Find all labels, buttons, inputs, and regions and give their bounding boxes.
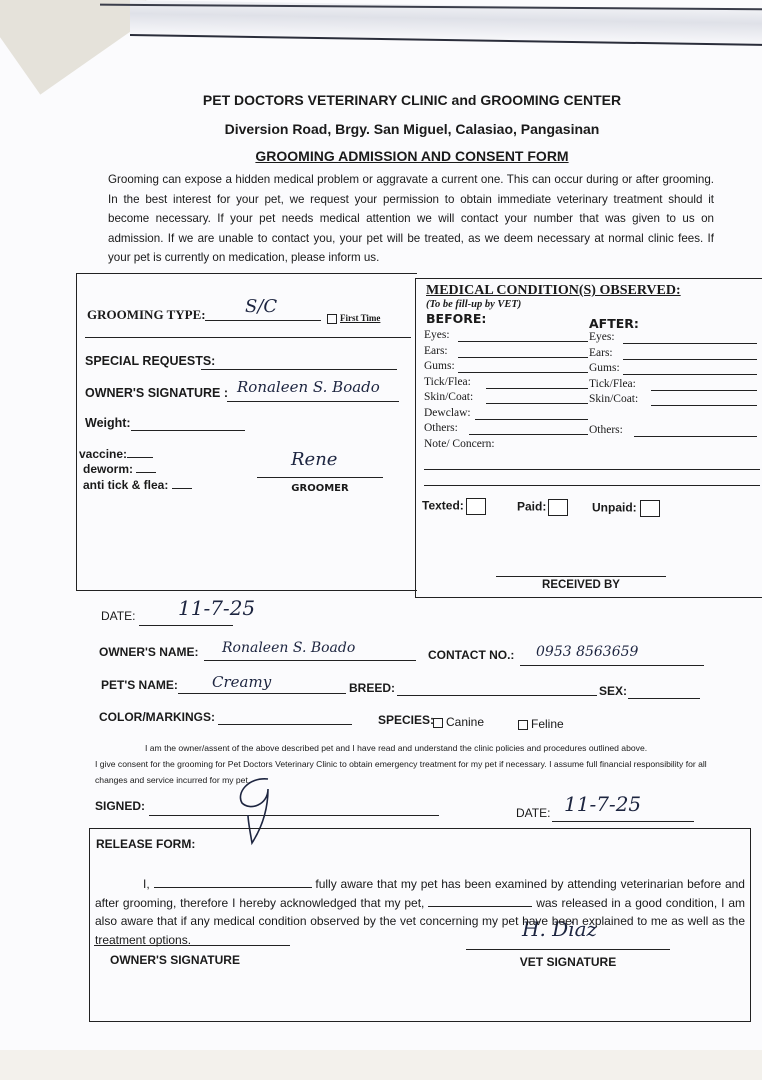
before-label: BEFORE: (426, 311, 486, 326)
after-field-label: Eyes: (589, 331, 615, 343)
sex-field[interactable] (628, 698, 700, 699)
intro-paragraph: Grooming can expose a hidden medical pro… (108, 170, 714, 268)
scanned-form-page: PET DOCTORS VETERINARY CLINIC and GROOMI… (0, 0, 762, 1080)
consent-paragraph-2: I give consent for the grooming for Pet … (95, 756, 710, 788)
received-by-label: RECEIVED BY (496, 579, 666, 591)
release-statement: I, fully aware that my pet has been exam… (95, 875, 745, 949)
special-requests-label: SPECIAL REQUESTS: (85, 354, 215, 368)
groomer-signature-line[interactable] (257, 477, 383, 478)
first-time-checkbox[interactable] (327, 314, 337, 324)
canine-checkbox[interactable] (433, 718, 443, 728)
before-field-input[interactable] (486, 388, 588, 389)
anti-tick-flea-label: anti tick & flea: (83, 478, 192, 492)
received-by-line[interactable] (496, 576, 666, 577)
vet-signature-label: VET SIGNATURE (466, 955, 670, 969)
special-requests-field[interactable] (201, 369, 397, 370)
unpaid-checkbox[interactable] (640, 500, 660, 517)
after-field-label: Ears: (589, 347, 613, 359)
date-label: DATE: (101, 609, 135, 623)
release-form-title: RELEASE FORM: (96, 837, 195, 851)
paid-option[interactable]: Paid: (517, 499, 568, 516)
after-field-input[interactable] (651, 405, 757, 406)
pet-name-value: Creamy (212, 673, 271, 691)
species-label: SPECIES: (378, 713, 434, 727)
feline-checkbox[interactable] (518, 720, 528, 730)
weight-label: Weight: (85, 416, 131, 430)
before-field-input[interactable] (458, 372, 588, 373)
breed-field[interactable] (397, 695, 597, 696)
after-label: AFTER: (589, 316, 639, 331)
after-field-input[interactable] (623, 359, 757, 360)
release-pet-name-field[interactable] (428, 906, 532, 907)
note-concern-label: Note/ Concern: (424, 438, 495, 450)
after-field-input[interactable] (623, 374, 757, 375)
groomer-label: GROOMER (257, 483, 383, 494)
vaccine-label: vaccine: (79, 447, 153, 461)
owner-name-field[interactable] (204, 660, 416, 661)
before-field-label: Others: (424, 422, 458, 434)
after-field-input[interactable] (634, 436, 757, 437)
grooming-type-label: GROOMING TYPE: (87, 307, 206, 323)
signed-label: SIGNED: (95, 799, 145, 813)
color-markings-field[interactable] (218, 724, 352, 725)
grooming-type-field[interactable] (205, 320, 321, 321)
contact-label: CONTACT NO.: (428, 648, 514, 662)
vaccine-field[interactable] (127, 457, 153, 458)
consent-paragraph-1: I am the owner/assent of the above descr… (95, 740, 710, 756)
contact-field[interactable] (520, 665, 704, 666)
deworm-field[interactable] (136, 472, 156, 473)
after-field-label: Skin/Coat: (589, 393, 638, 405)
color-markings-label: COLOR/MARKINGS: (99, 710, 215, 724)
weight-field[interactable] (131, 430, 245, 431)
release-owner-signature-label: OWNER'S SIGNATURE (110, 953, 240, 967)
anti-tick-flea-field[interactable] (172, 488, 192, 489)
page-fold-bottom (0, 1050, 762, 1080)
pet-name-field[interactable] (178, 693, 346, 694)
texted-checkbox[interactable] (466, 498, 486, 515)
before-field-input[interactable] (486, 403, 588, 404)
before-field-label: Tick/Flea: (424, 376, 471, 388)
first-time-label: First Time (340, 313, 380, 323)
before-field-label: Ears: (424, 345, 448, 357)
after-field-label: Tick/Flea: (589, 378, 636, 390)
signed-field[interactable] (149, 815, 439, 816)
after-field-label: Others: (589, 424, 623, 436)
species-feline-option[interactable]: Feline (518, 717, 564, 731)
first-time-option[interactable]: First Time (327, 313, 380, 324)
medical-condition-title: MEDICAL CONDITION(S) OBSERVED: (426, 283, 681, 299)
before-field-label: Skin/Coat: (424, 391, 473, 403)
texted-option[interactable]: Texted: (422, 498, 486, 515)
date-value: 11-7-25 (178, 596, 255, 620)
after-field-input[interactable] (623, 343, 757, 344)
before-field-label: Eyes: (424, 329, 450, 341)
owner-signature-label: OWNER'S SIGNATURE : (85, 386, 228, 400)
before-field-label: Gums: (424, 360, 455, 372)
owner-signature-value: Ronaleen S. Boado (237, 378, 380, 396)
unpaid-option[interactable]: Unpaid: (592, 500, 660, 517)
species-canine-option[interactable]: Canine (433, 715, 484, 729)
paid-checkbox[interactable] (548, 499, 568, 516)
after-field-input[interactable] (651, 390, 757, 391)
pet-name-label: PET'S NAME: (101, 678, 178, 692)
form-title: GROOMING ADMISSION AND CONSENT FORM (0, 148, 762, 164)
vet-note: (To be fill-up by VET) (426, 299, 521, 310)
before-field-input[interactable] (458, 341, 588, 342)
owner-name-label: OWNER'S NAME: (99, 645, 199, 659)
clinic-address: Diversion Road, Brgy. San Miguel, Calasi… (0, 121, 762, 137)
clinic-name: PET DOCTORS VETERINARY CLINIC and GROOMI… (0, 92, 762, 108)
owner-signature-field[interactable] (227, 401, 399, 402)
vet-signature-line[interactable] (466, 949, 670, 950)
release-owner-name-field[interactable] (154, 887, 312, 888)
sex-label: SEX: (599, 684, 627, 698)
before-field-input[interactable] (469, 434, 588, 435)
owner-name-value: Ronaleen S. Boado (222, 640, 355, 656)
before-field-label: Dewclaw: (424, 407, 471, 419)
consent-date-value: 11-7-25 (564, 792, 641, 816)
before-field-input[interactable] (475, 419, 588, 420)
divider (85, 337, 411, 338)
note-line-2[interactable] (424, 485, 760, 486)
breed-label: BREED: (349, 681, 395, 695)
consent-statement: I am the owner/assent of the above descr… (95, 740, 710, 788)
medical-condition-panel: MEDICAL CONDITION(S) OBSERVED: (To be fi… (415, 278, 762, 598)
grooming-panel: GROOMING TYPE: S/C First Time SPECIAL RE… (76, 273, 417, 591)
contact-value: 0953 8563659 (536, 644, 638, 660)
consent-date-label: DATE: (516, 806, 550, 820)
after-field-label: Gums: (589, 362, 620, 374)
date-field[interactable] (139, 625, 233, 626)
consent-date-field[interactable] (552, 821, 694, 822)
groomer-signature-value: Rene (291, 449, 337, 470)
before-field-input[interactable] (458, 357, 588, 358)
deworm-label: deworm: (83, 462, 156, 476)
note-line-1[interactable] (424, 469, 760, 470)
grooming-type-value: S/C (245, 296, 277, 317)
